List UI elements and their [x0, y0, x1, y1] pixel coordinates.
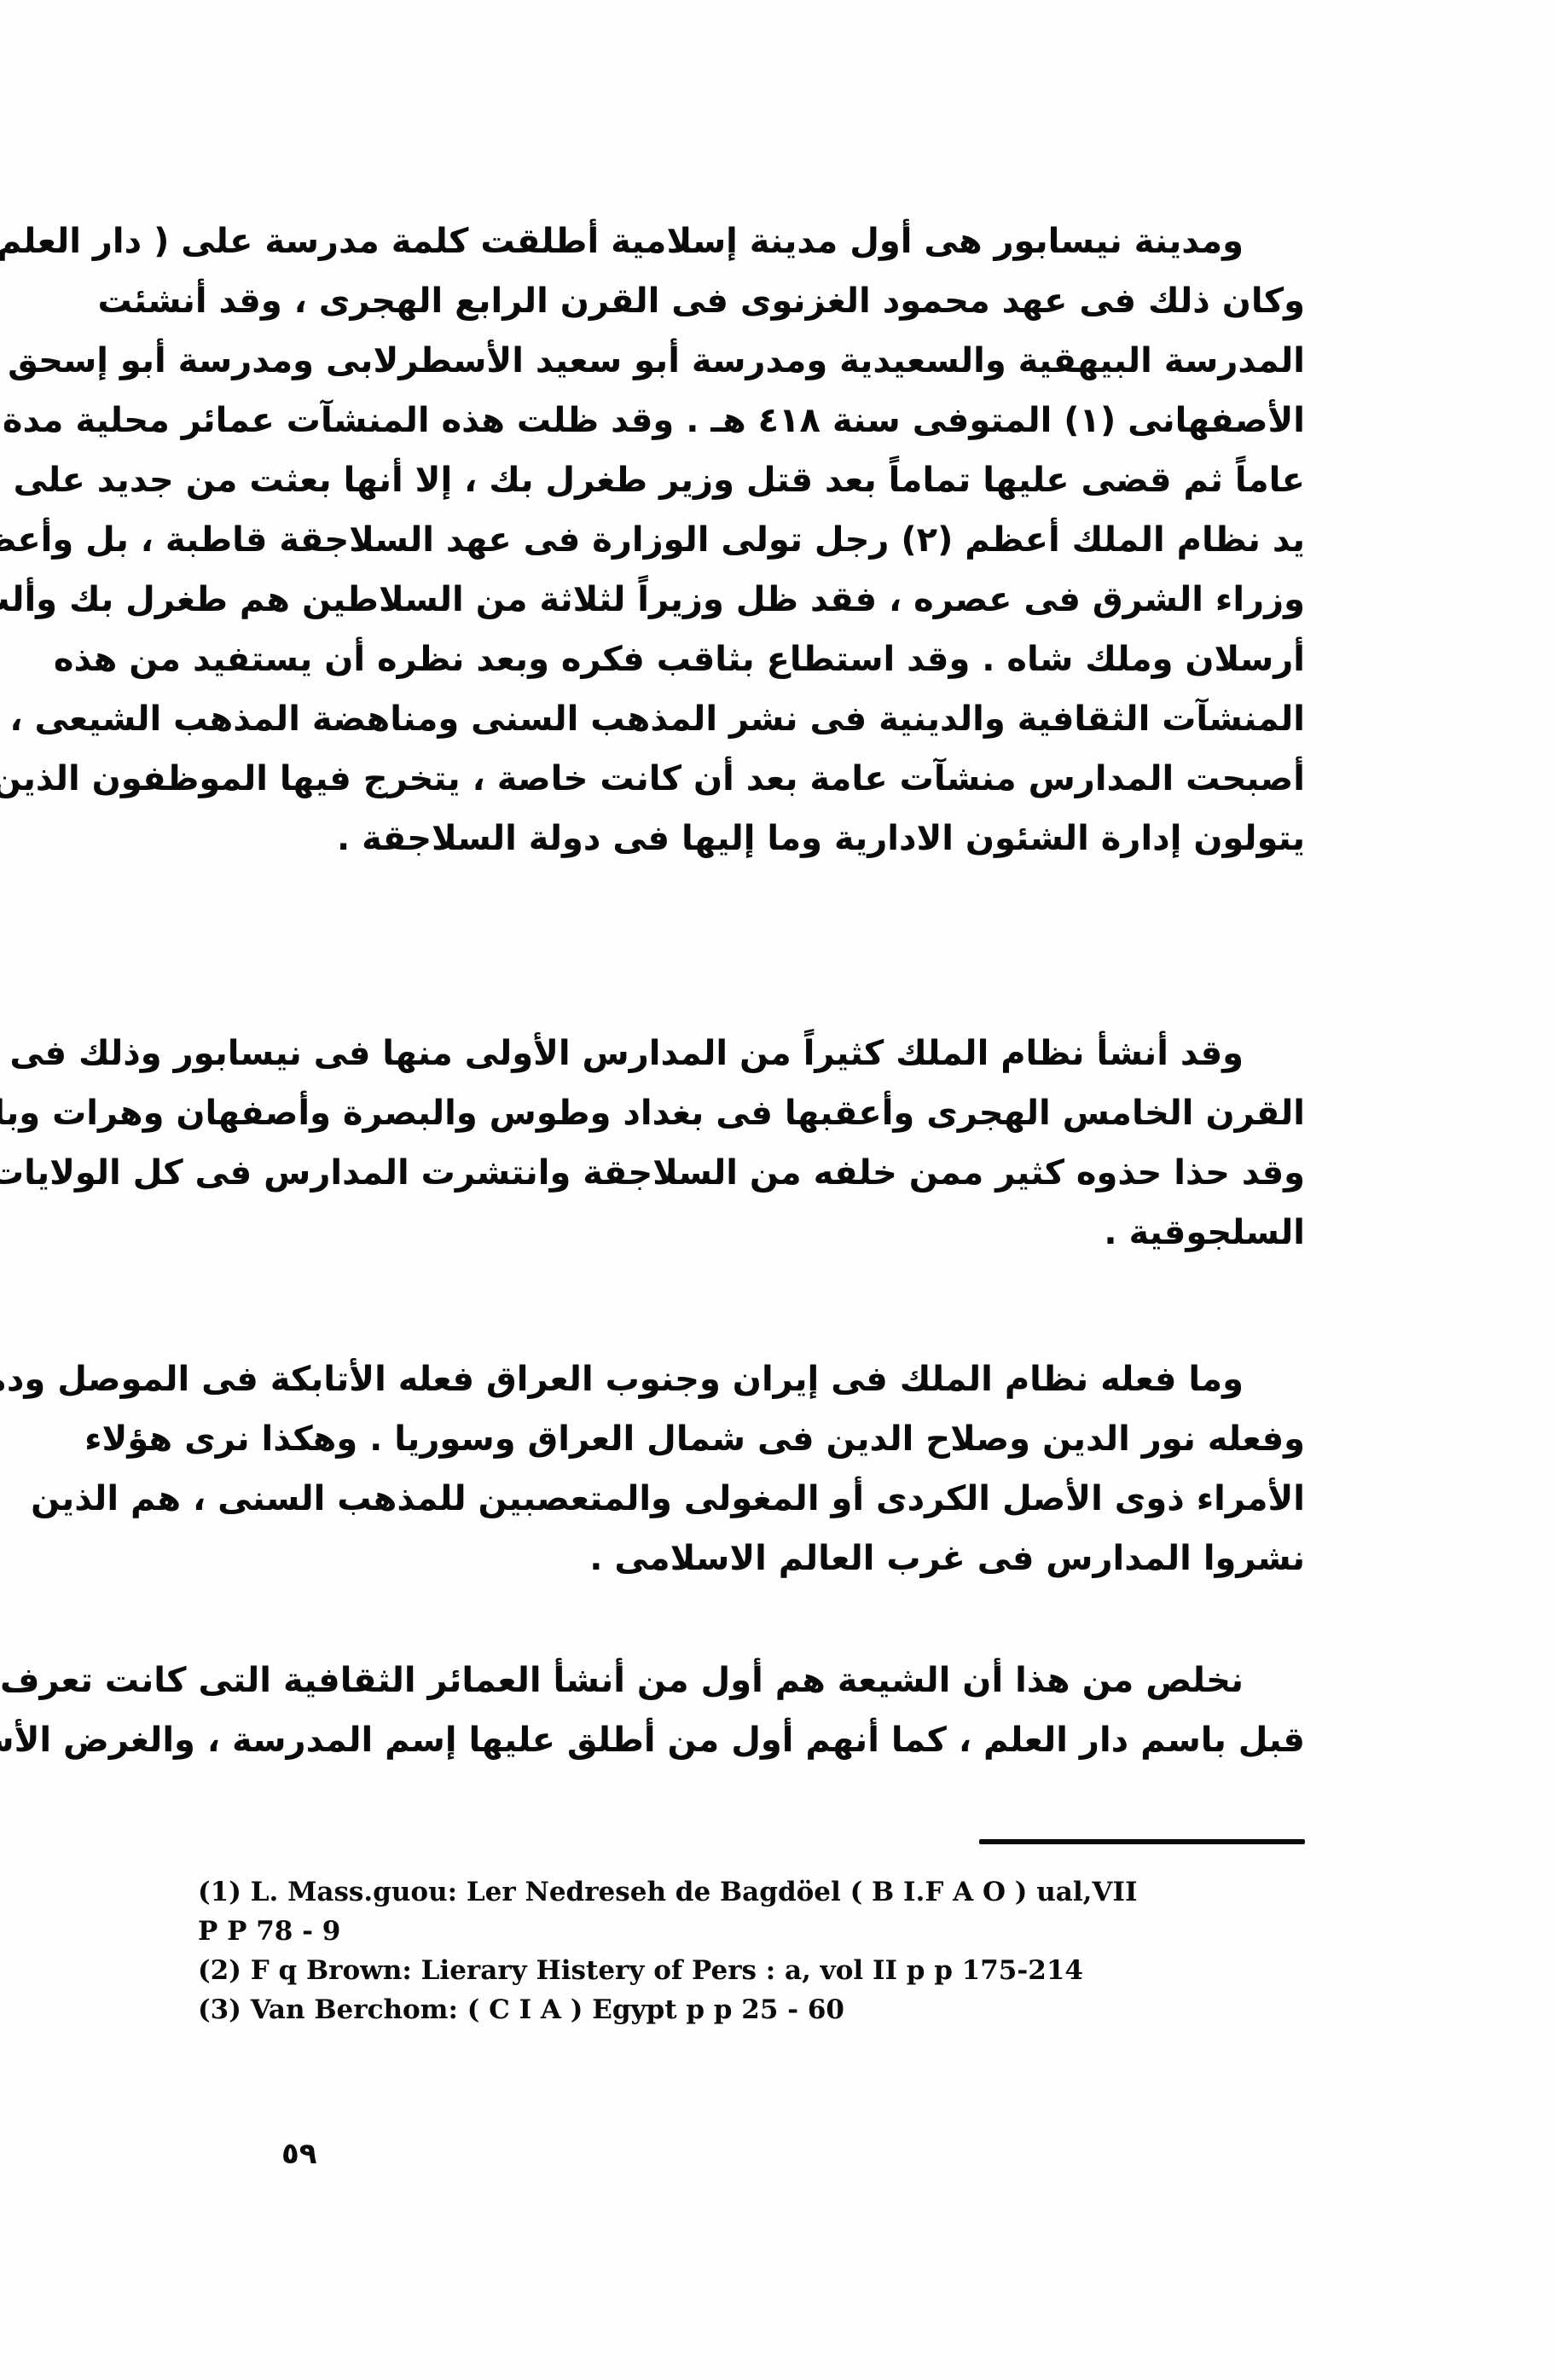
text-line: ومدينة نيسابور هى أول مدينة إسلامية أطلق… [203, 212, 1305, 271]
footnote-separator [979, 1839, 1305, 1844]
text-line: قبل باسم دار العلم ، كما أنهم أول من أطل… [203, 1710, 1305, 1770]
text-line: القرن الخامس الهجرى وأعقبها فى بغداد وطو… [203, 1083, 1305, 1143]
text-line: الأصفهانى (١) المتوفى سنة ٤١٨ هـ . وقد ظ… [203, 391, 1305, 450]
text-line: وكان ذلك فى عهد محمود الغزنوى فى القرن ا… [203, 271, 1305, 331]
text-line: الأمراء ذوى الأصل الكردى أو المغولى والم… [203, 1469, 1305, 1529]
text-line: وقد أنشأ نظام الملك كثيراً من المدارس ال… [203, 1024, 1305, 1083]
footnote-1: (1) L. Mass.guou: Ler Nedreseh de Bagdöe… [198, 1872, 1307, 1912]
footnote-2: (2) F q Brown: Lierary Histery of Pers :… [198, 1951, 1307, 1990]
text-line: نخلص من هذا أن الشيعة هم أول من أنشأ الع… [203, 1651, 1305, 1710]
paragraph-3: وما فعله نظام الملك فى إيران وجنوب العرا… [203, 1350, 1305, 1588]
paragraph-4: نخلص من هذا أن الشيعة هم أول من أنشأ الع… [203, 1651, 1305, 1770]
text-line: وقد حذا حذوه كثير ممن خلفه من السلاجقة و… [203, 1143, 1305, 1203]
text-line: وفعله نور الدين وصلاح الدين فى شمال العر… [203, 1409, 1305, 1469]
text-line: المنشآت الثقافية والدينية فى نشر المذهب … [203, 689, 1305, 749]
text-line: أرسلان وملك شاه . وقد استطاع بثاقب فكره … [203, 630, 1305, 689]
text-line: يد نظام الملك أعظم (٢) رجل تولى الوزارة … [203, 510, 1305, 570]
text-line: المدرسة البيهقية والسعيدية ومدرسة أبو سع… [203, 331, 1305, 391]
text-line: وما فعله نظام الملك فى إيران وجنوب العرا… [203, 1350, 1305, 1409]
text-line: عاماً ثم قضى عليها تماماً بعد قتل وزير ط… [203, 450, 1305, 510]
footnote-3: (3) Van Berchom: ( C I A ) Egypt p p 25 … [198, 1990, 1307, 2029]
page-number: ٥٩ [281, 2137, 317, 2171]
text-line: أصبحت المدارس منشآت عامة بعد أن كانت خاص… [203, 749, 1305, 809]
book-page: ومدينة نيسابور هى أول مدينة إسلامية أطلق… [0, 0, 1554, 2380]
footnotes: (1) L. Mass.guou: Ler Nedreseh de Bagdöe… [198, 1872, 1307, 2029]
paragraph-1: ومدينة نيسابور هى أول مدينة إسلامية أطلق… [203, 212, 1305, 868]
paragraph-2: وقد أنشأ نظام الملك كثيراً من المدارس ال… [203, 1024, 1305, 1263]
footnote-1-continuation: P P 78 - 9 [198, 1912, 1307, 1951]
text-line: يتولون إدارة الشئون الادارية وما إليها ف… [203, 809, 1305, 868]
text-line: وزراء الشرق فى عصره ، فقد ظل وزيراً لثلا… [203, 570, 1305, 630]
text-line: نشروا المدارس فى غرب العالم الاسلامى . [203, 1529, 1305, 1588]
text-line: السلجوقية . [203, 1203, 1305, 1263]
